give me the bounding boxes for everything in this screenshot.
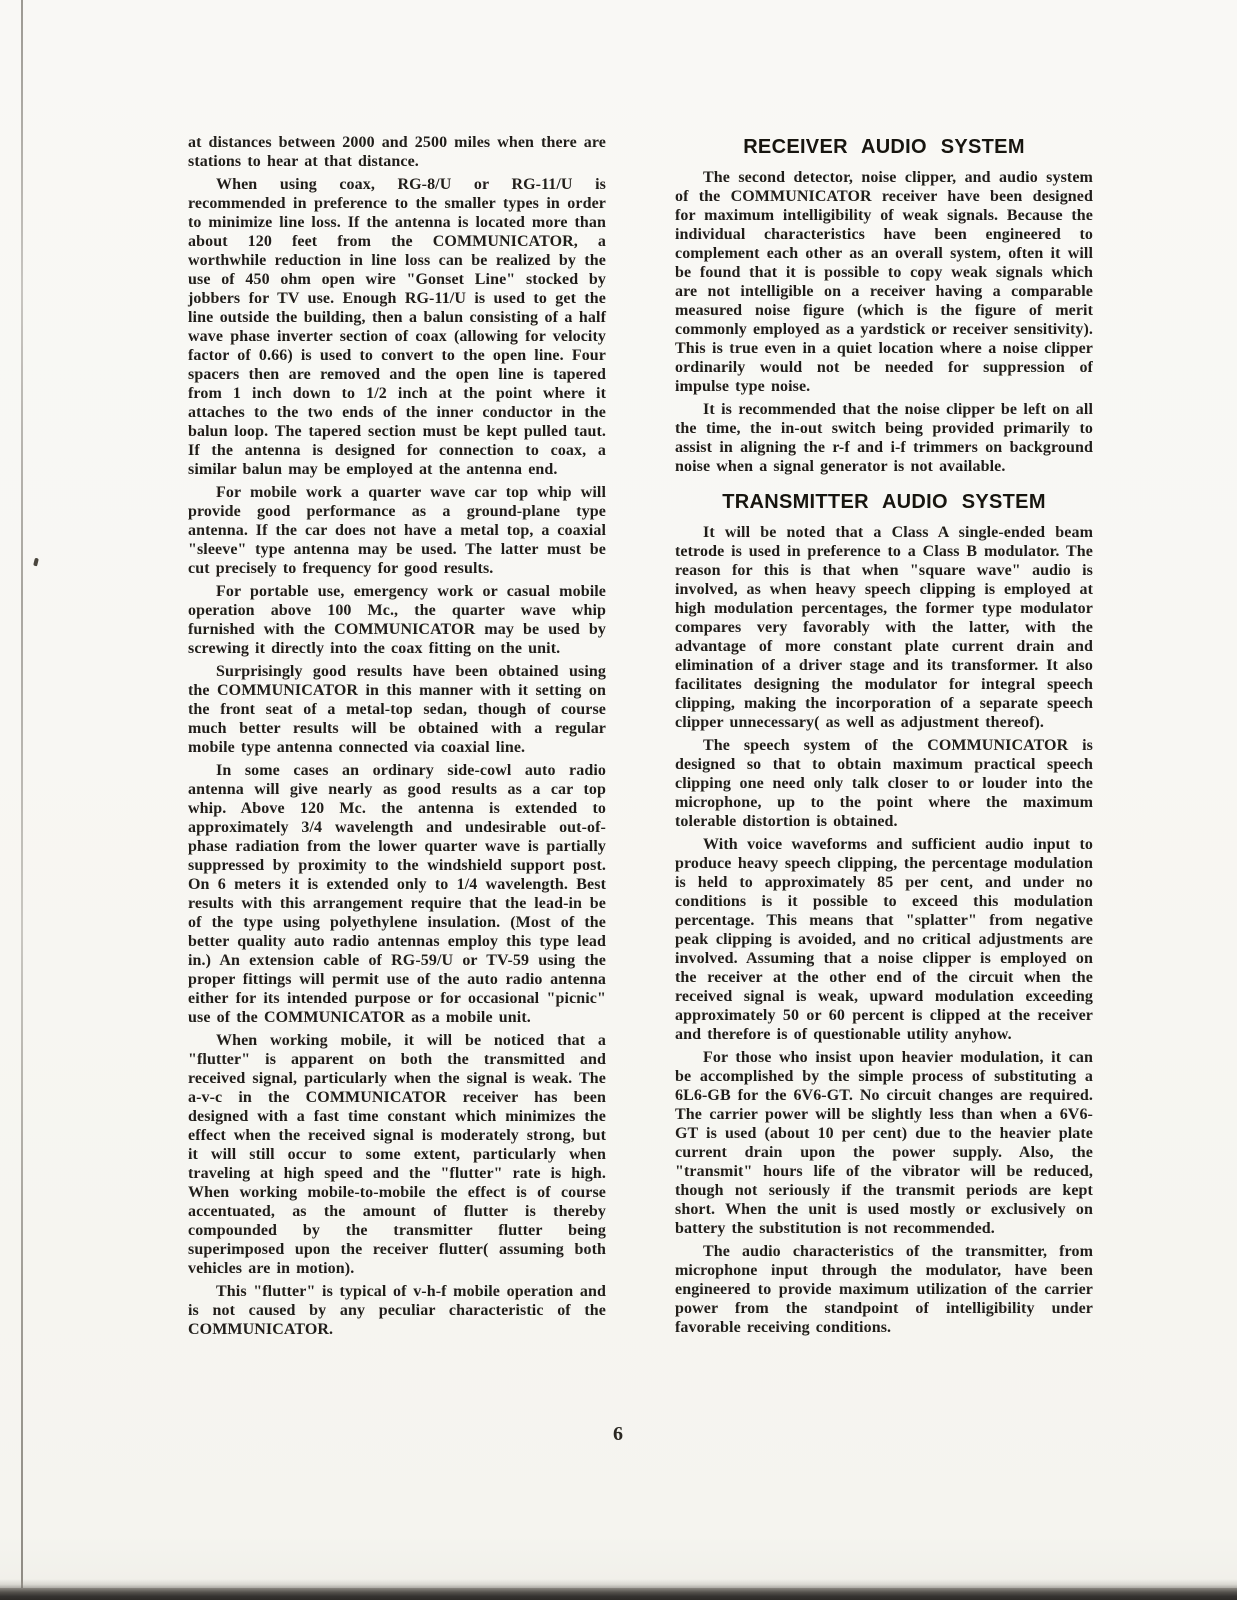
scan-speck xyxy=(33,558,39,567)
scan-bottom-band xyxy=(0,1588,1237,1600)
page-number: 6 xyxy=(613,1422,623,1446)
text-columns: at distances between 2000 and 2500 miles… xyxy=(188,133,1093,1343)
paragraph: For those who insist upon heavier modula… xyxy=(675,1048,1093,1238)
paragraph: For portable use, emergency work or casu… xyxy=(188,582,606,658)
paragraph: at distances between 2000 and 2500 miles… xyxy=(188,133,606,171)
right-column: RECEIVER AUDIO SYSTEMThe second detector… xyxy=(675,133,1093,1343)
paragraph: Surprisingly good results have been obta… xyxy=(188,662,606,757)
section-heading: TRANSMITTER AUDIO SYSTEM xyxy=(675,490,1093,514)
paragraph: When working mobile, it will be noticed … xyxy=(188,1031,606,1278)
paragraph: This "flutter" is typical of v-h-f mobil… xyxy=(188,1282,606,1339)
paragraph: The audio characteristics of the transmi… xyxy=(675,1242,1093,1337)
left-column: at distances between 2000 and 2500 miles… xyxy=(188,133,606,1343)
paragraph: It is recommended that the noise clipper… xyxy=(675,400,1093,476)
scanned-manual-page: at distances between 2000 and 2500 miles… xyxy=(0,0,1237,1600)
scan-edge-line xyxy=(21,0,23,1600)
paragraph: The second detector, noise clipper, and … xyxy=(675,168,1093,396)
paragraph: For mobile work a quarter wave car top w… xyxy=(188,483,606,578)
paragraph: When using coax, RG-8/U or RG-11/U is re… xyxy=(188,175,606,479)
paragraph: It will be noted that a Class A single-e… xyxy=(675,523,1093,732)
paragraph: In some cases an ordinary side-cowl auto… xyxy=(188,761,606,1027)
paragraph: The speech system of the COMMUNICATOR is… xyxy=(675,736,1093,831)
section-heading: RECEIVER AUDIO SYSTEM xyxy=(675,135,1093,159)
paragraph: With voice waveforms and sufficient audi… xyxy=(675,835,1093,1044)
